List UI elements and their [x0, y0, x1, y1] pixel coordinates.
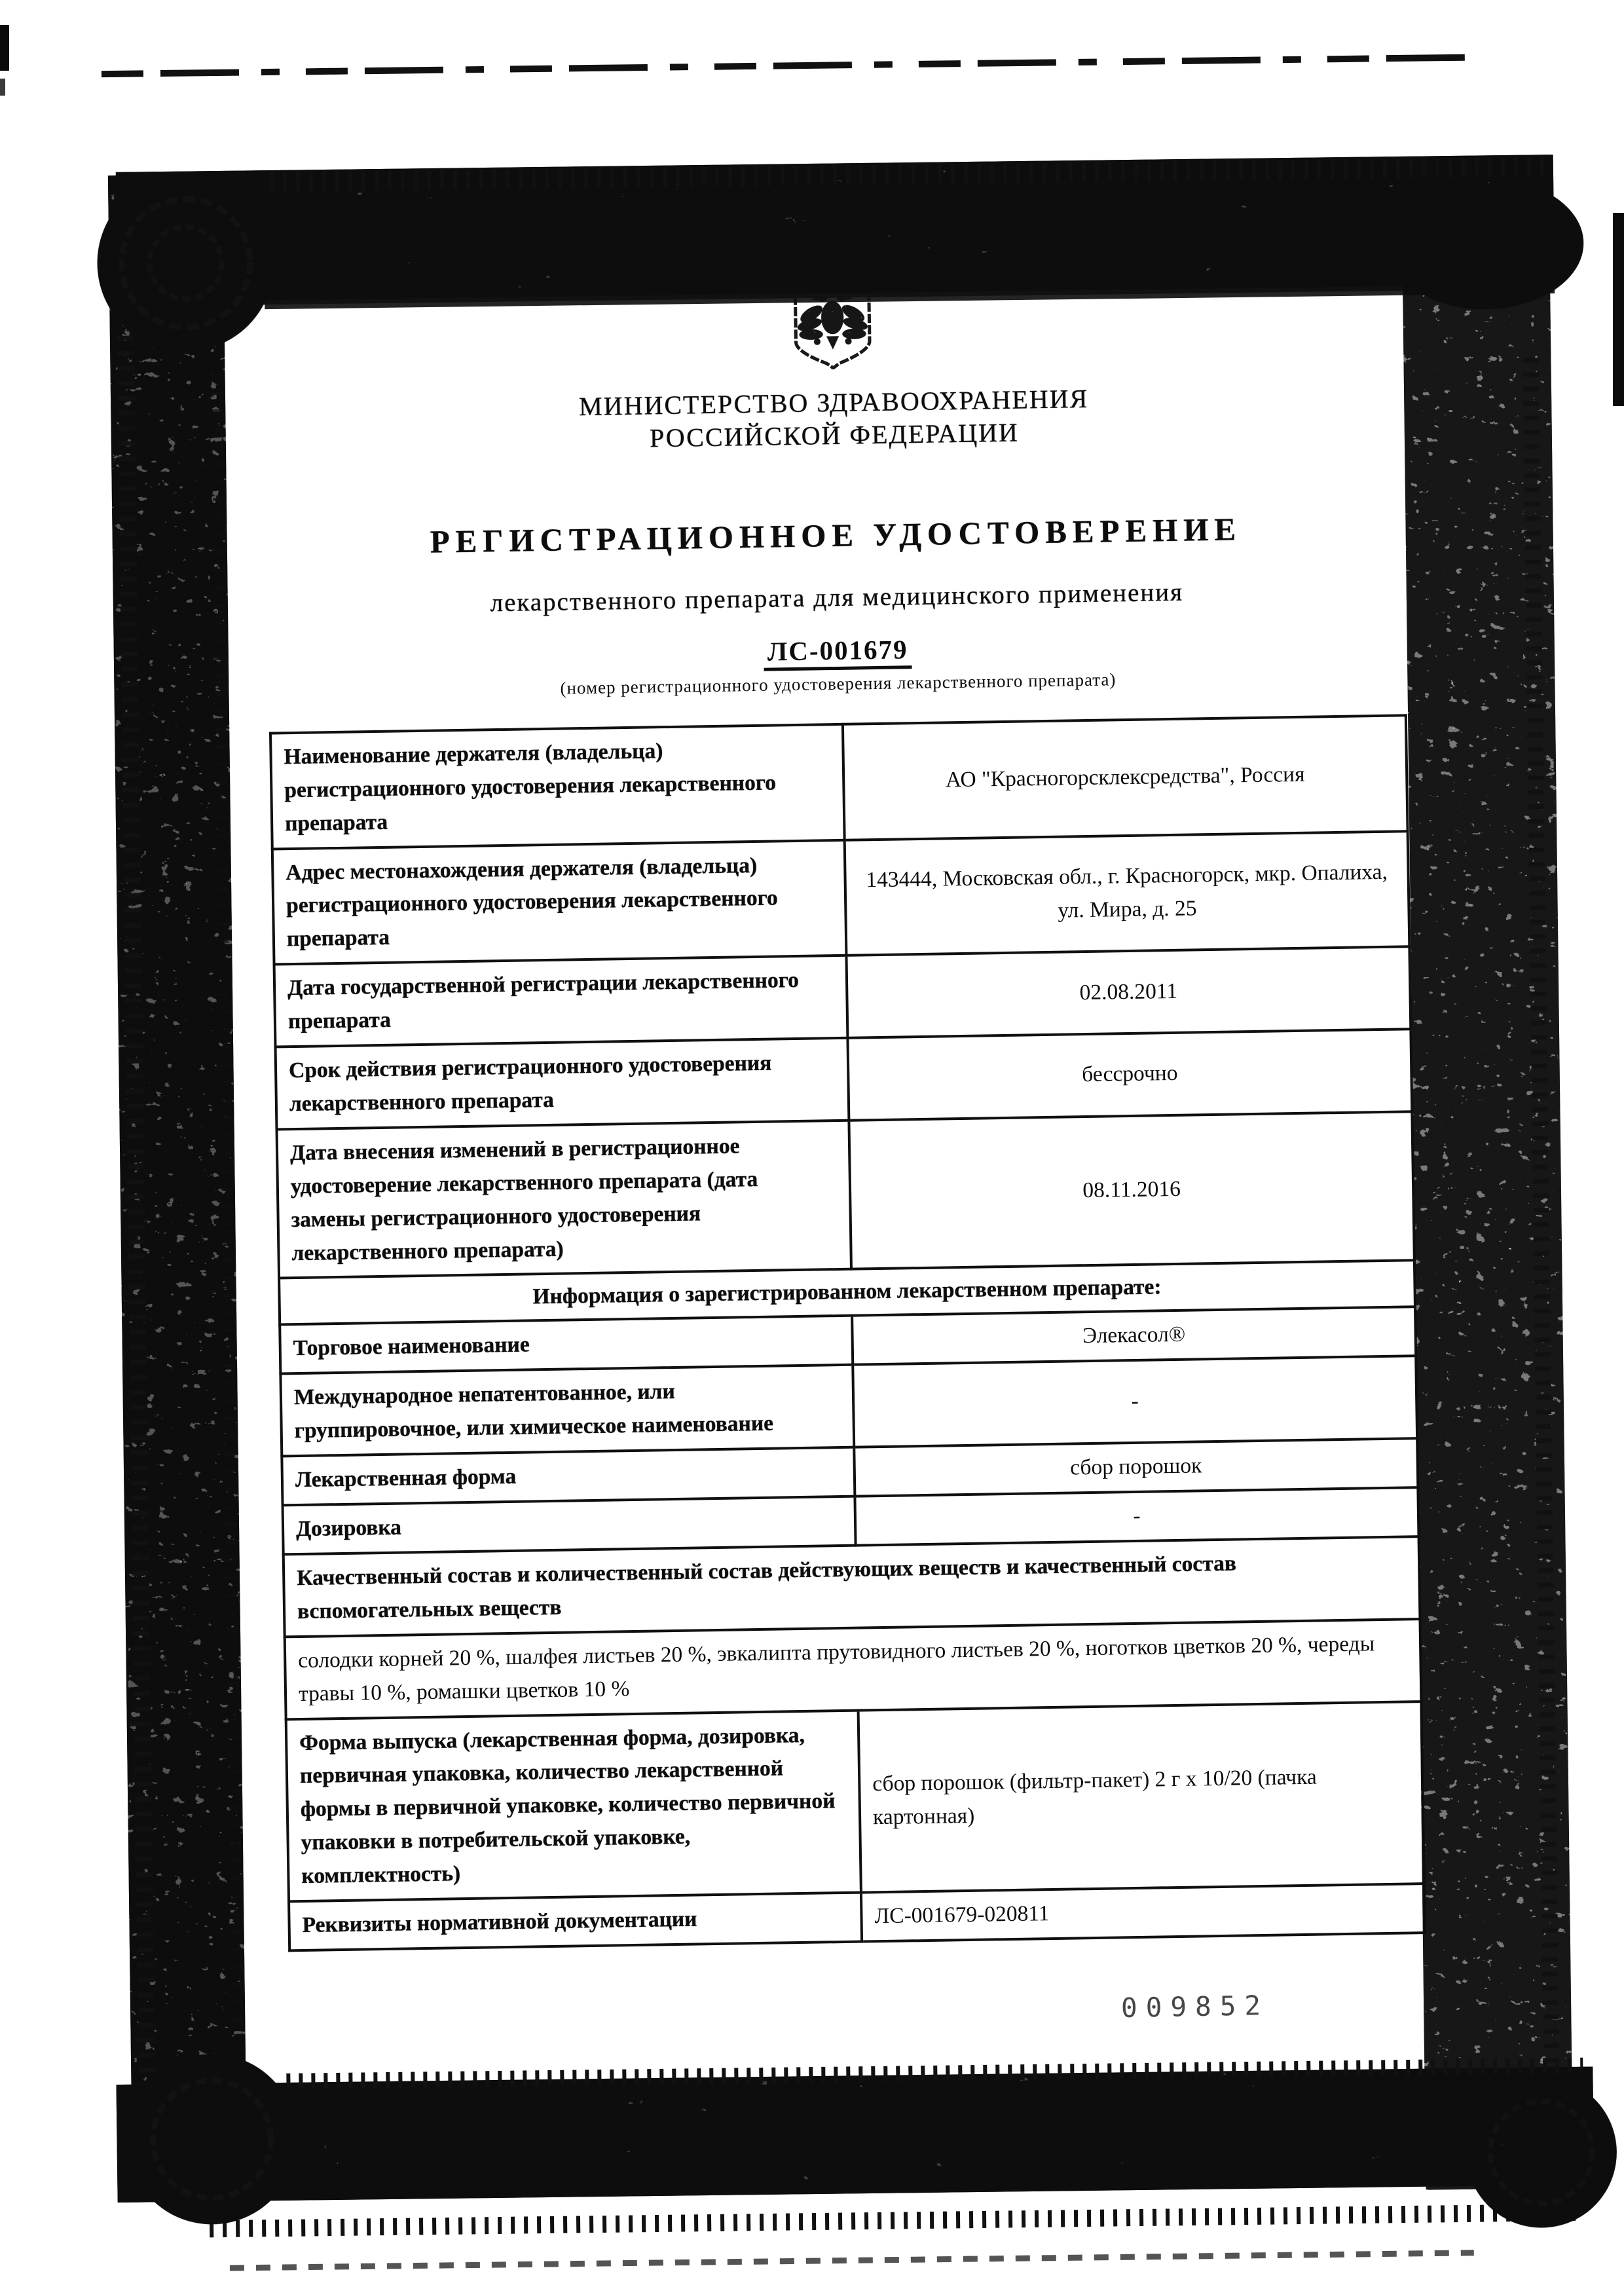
coat-of-arms-icon	[786, 269, 878, 370]
corner-ornament-top-right	[1386, 177, 1584, 311]
scan-artifact-top-line	[101, 57, 1480, 74]
scan-artifact-right-strip	[1613, 213, 1624, 406]
field-value: 08.11.2016	[849, 1111, 1414, 1269]
field-label: Форма выпуска (лекарственная форма, дози…	[286, 1710, 861, 1901]
corner-ornament-top-left	[96, 174, 275, 352]
field-value: 02.08.2011	[846, 946, 1411, 1037]
field-value: сбор порошок	[854, 1438, 1418, 1496]
serial-number: 009852	[1121, 1990, 1270, 2024]
field-label: Международное непатентованное, или групп…	[280, 1365, 854, 1457]
document-subtitle: лекарственного препарата для медицинског…	[267, 574, 1407, 621]
field-value: -	[855, 1487, 1418, 1545]
field-value: ЛС-001679-020811	[861, 1884, 1425, 1941]
field-value: 143444, Московская обл., г. Красногорск,…	[845, 831, 1410, 956]
corner-ornament-bottom-left	[126, 2053, 298, 2225]
field-label: Срок действия регистрационного удостовер…	[276, 1038, 849, 1130]
field-value: Элекасол®	[852, 1307, 1416, 1365]
document-title: РЕГИСТРАЦИОННОЕ УДОСТОВЕРЕНИЕ	[266, 508, 1406, 563]
ministry-name: МИНИСТЕРСТВО ЗДРАВООХРАНЕНИЯ РОССИЙСКОЙ …	[264, 377, 1404, 461]
table-row: Форма выпуска (лекарственная форма, дози…	[286, 1701, 1424, 1902]
field-value: бессрочно	[847, 1029, 1412, 1120]
scan-artifact-left-mark	[0, 25, 9, 71]
table-row: Адрес местонахождения держателя (владель…	[272, 831, 1410, 965]
scanned-document-page: МИНИСТЕРСТВО ЗДРАВООХРАНЕНИЯ РОССИЙСКОЙ …	[0, 0, 1624, 2287]
table-row: Наименование держателя (владельца) регис…	[270, 715, 1408, 849]
field-label: Дата государственной регистрации лекарст…	[274, 956, 848, 1047]
field-label: Реквизиты нормативной документации	[289, 1893, 862, 1951]
field-label: Наименование держателя (владельца) регис…	[270, 724, 845, 849]
corner-ornament-bottom-right	[1466, 2076, 1618, 2229]
field-label: Дата внесения изменений в регистрационно…	[277, 1121, 851, 1278]
field-value: -	[853, 1356, 1417, 1447]
document-content: МИНИСТЕРСТВО ЗДРАВООХРАНЕНИЯ РОССИЙСКОЙ …	[262, 261, 1428, 1952]
field-label: Торговое наименование	[280, 1316, 853, 1374]
registration-number-text: ЛС-001679	[763, 634, 912, 671]
field-value: сбор порошок (фильтр-пакет) 2 г х 10/20 …	[858, 1701, 1424, 1893]
table-row: Дата внесения изменений в регистрационно…	[277, 1111, 1414, 1278]
field-label: Адрес местонахождения держателя (владель…	[272, 840, 847, 964]
field-value: АО "Красногорсклексредства", Россия	[843, 715, 1408, 840]
field-label: Лекарственная форма	[282, 1447, 855, 1506]
field-label: Дозировка	[283, 1497, 856, 1555]
registration-table: Наименование держателя (владельца) регис…	[269, 714, 1426, 1952]
